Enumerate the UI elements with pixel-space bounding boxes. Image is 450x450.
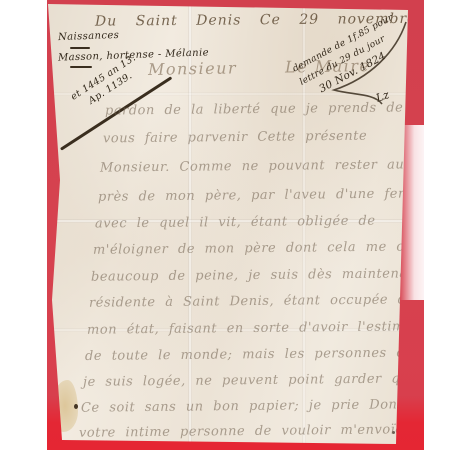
body-line: Monsieur. Comme ne pouvant rester au [100, 157, 404, 175]
body-line: vous faire parvenir Cette présente [103, 129, 367, 147]
body-line: de toute le monde; mais les personnes ch… [85, 345, 450, 364]
product-photo: Du Saint Denis Ce 29 novembre 1824 Naiss… [0, 0, 450, 450]
body-line: m'éloigner de mon père dont cela me caus… [93, 239, 437, 258]
body-line: Ce soit sans un bon papier; je prie Donc [81, 397, 405, 415]
body-line: résidente à Saint Denis, étant occupée d… [89, 292, 415, 310]
signature-flourish [324, 16, 416, 108]
letter-paper: Du Saint Denis Ce 29 novembre 1824 Naiss… [46, 0, 410, 446]
margin-note-naissances: Naissances [58, 30, 120, 43]
body-line: votre intime personne de vouloir m'envoï… [79, 422, 411, 440]
underline-dash [70, 66, 92, 68]
body-line: pardon de la liberté que je prends de [105, 100, 403, 118]
body-line: beaucoup de peine, je suis dès maintenan… [91, 266, 422, 284]
ink-speck [74, 404, 78, 409]
underline-dash [70, 47, 90, 49]
body-line: je suis logée, ne peuvent point garder q… [83, 371, 440, 390]
salutation-word1: Monsieur [148, 58, 237, 79]
body-line: mon état, faisant en sorte d'avoir l'est… [87, 319, 413, 337]
body-line: avec le quel il vit, étant obligée de [95, 214, 376, 232]
body-line: près de mon père, par l'aveu d'une femme [98, 186, 432, 204]
